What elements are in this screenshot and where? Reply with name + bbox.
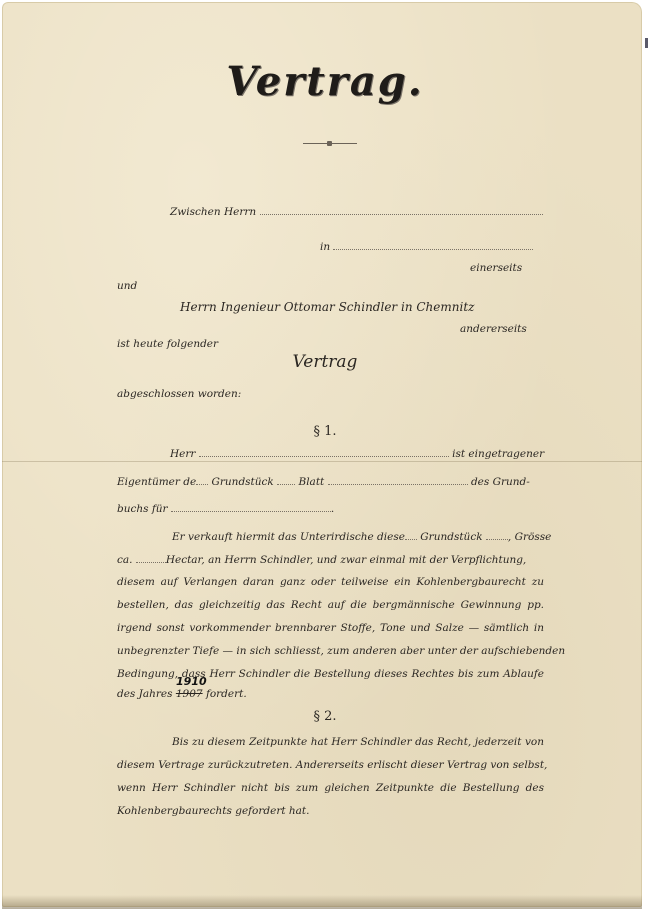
section1-para-line-4: bestellen, das gleichzeitig das Recht au… [117, 599, 544, 611]
section1-para-line-8: des Jahres 1907 fordert. [117, 688, 247, 700]
party2-suffix: andererseits [460, 323, 527, 335]
and-label: und [117, 280, 137, 292]
section2-line-4: Kohlenbergbaurechts gefordert hat. [117, 805, 309, 817]
property-field[interactable] [486, 530, 508, 540]
owner-registered-label: ist eingetragener [452, 448, 544, 460]
section1-property-line: Eigentümer de Grundstück Blatt des Grund… [117, 475, 530, 488]
section1-para-line-2: ca. Hectar, an Herrn Schindler, und zwar… [117, 553, 526, 566]
section1-registry-line: buchs für . [117, 502, 334, 515]
party2-name: Herrn Ingenieur Ottomar Schindler in Che… [180, 300, 474, 314]
handwritten-year-correction: 1910 [176, 675, 207, 688]
text: ca. [117, 554, 132, 566]
section1-para-line-1: Er verkauft hiermit das Unterirdische di… [172, 530, 551, 543]
contract-document: Vertrag. Zwischen Herrn in einerseits un… [0, 0, 650, 911]
owner-label: Herr [170, 448, 195, 460]
between-line: Zwischen Herrn [170, 205, 543, 218]
section1-owner-line: Herr ist eingetragener [170, 447, 544, 460]
section-2-heading: § 2. [0, 709, 650, 724]
owner-name-field[interactable] [199, 447, 449, 457]
section1-para-line-6: unbegrenzter Tiefe — in sich schliesst, … [117, 645, 544, 657]
document-title: Vertrag. [0, 58, 650, 105]
section2-line-3: wenn Herr Schindler nicht bis zum gleich… [117, 782, 544, 794]
party1-location-line: in [320, 240, 533, 253]
demonstrative-field[interactable] [405, 530, 417, 540]
title-ornament-divider [303, 142, 357, 146]
registry-for-label: buchs für [117, 503, 168, 515]
text: Hectar, an Herrn Schindler, und zwar ein… [166, 554, 526, 566]
article-field[interactable] [196, 475, 208, 485]
sheet-number-field[interactable] [328, 475, 468, 485]
text: fordert. [206, 688, 247, 700]
struck-year: 1907 [176, 688, 203, 700]
property-number-field[interactable] [277, 475, 295, 485]
party1-suffix: einerseits [470, 262, 522, 274]
text: des Jahres [117, 688, 173, 700]
text: Grundstück [420, 531, 482, 543]
owner-of-label: Eigentümer de [117, 476, 196, 488]
section1-para-line-5: irgend sonst vorkommender brennbarer Sto… [117, 622, 544, 634]
land-register-label: des Grund- [471, 476, 530, 488]
today-label: ist heute folgender [117, 338, 218, 350]
registry-location-field[interactable] [171, 502, 331, 512]
period: . [331, 503, 334, 515]
section-1-heading: § 1. [0, 424, 650, 439]
section2-line-1: Bis zu diesem Zeitpunkte hat Herr Schind… [172, 736, 544, 748]
between-label: Zwischen Herrn [170, 206, 256, 218]
area-field[interactable] [136, 553, 166, 563]
party1-location-field[interactable] [333, 240, 533, 250]
text: Er verkauft hiermit das Unterirdische di… [172, 531, 405, 543]
section2-line-2: diesem Vertrage zurückzutreten. Anderers… [117, 759, 544, 771]
sheet-label: Blatt [298, 476, 324, 488]
party1-name-field[interactable] [260, 205, 543, 215]
section1-para-line-3: diesem auf Verlangen daran ganz oder tei… [117, 576, 544, 588]
text: , Grösse [508, 531, 551, 543]
contract-subtitle: Vertrag [0, 352, 650, 372]
concluded-label: abgeschlossen worden: [117, 388, 241, 400]
property-label: Grundstück [212, 476, 274, 488]
in-label: in [320, 241, 330, 253]
